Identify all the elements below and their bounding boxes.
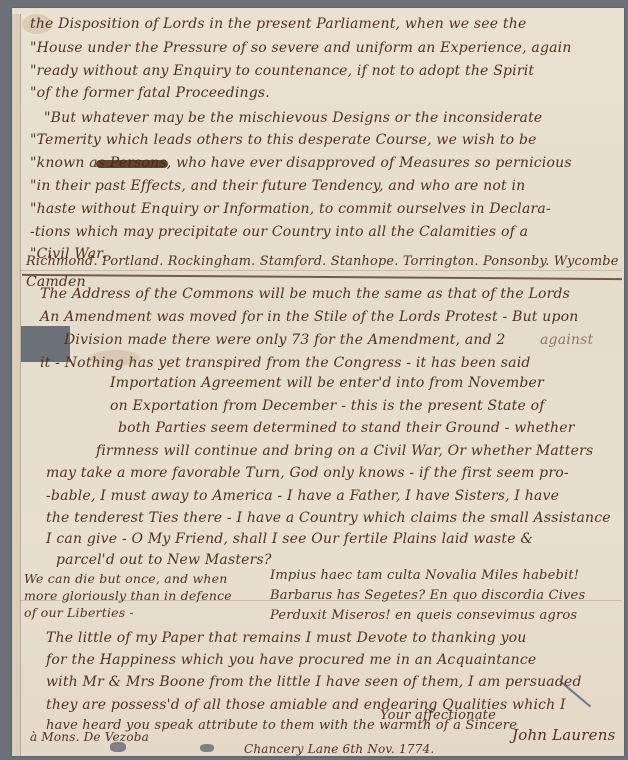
- letter-line: may take a more favorable Turn, God only…: [46, 465, 569, 481]
- letter-line: the tenderest Ties there - I have a Coun…: [46, 510, 611, 526]
- ink-blot: [200, 744, 214, 752]
- signatories-line: Richmond. Portland. Rockingham. Stamford…: [26, 254, 619, 269]
- dateline: Chancery Lane 6th Nov. 1774.: [244, 742, 434, 756]
- letter-line: -bable, I must away to America - I have …: [46, 488, 559, 504]
- letter-line: on Exportation from December - this is t…: [110, 398, 545, 414]
- letter-line: parcel'd out to New Masters?: [56, 552, 272, 568]
- latin-quote-line: Perduxit Miseros! en queis consevimus ag…: [270, 608, 577, 623]
- closing-salutation: Your affectionate: [380, 708, 496, 723]
- signature: John Laurens: [512, 726, 616, 744]
- faint-annotation: against: [540, 332, 593, 348]
- latin-quote-line: Impius haec tam culta Novalia Miles habe…: [270, 568, 579, 583]
- latin-quote-line: Barbarus has Segetes? En quo discordia C…: [270, 588, 585, 603]
- letter-line: The Address of the Commons will be much …: [40, 286, 570, 302]
- protest-line: "haste without Enquiry or Information, t…: [30, 201, 551, 217]
- protest-line: -tions which may precipitate our Country…: [30, 224, 528, 240]
- closing-line: with Mr & Mrs Boone from the little I ha…: [46, 674, 582, 690]
- fold-line: [20, 270, 622, 271]
- closing-line: The little of my Paper that remains I mu…: [46, 630, 527, 646]
- protest-line: "in their past Effects, and their future…: [30, 178, 525, 194]
- letter-line: both Parties seem determined to stand th…: [118, 420, 575, 436]
- margin-note-line: We can die but once, and when: [24, 571, 228, 586]
- letter-line: it - Nothing has yet transpired from the…: [40, 355, 531, 371]
- protest-line: the Disposition of Lords in the present …: [30, 16, 526, 32]
- closing-line: for the Happiness which you have procure…: [46, 652, 536, 668]
- postscript-line: à Mons. De Vezoba: [30, 730, 149, 744]
- margin-note-line: of our Liberties -: [24, 605, 134, 620]
- protest-line: "But whatever may be the mischievous Des…: [44, 110, 542, 126]
- protest-line: "of the former fatal Proceedings.: [30, 85, 270, 101]
- paper-left-strip: [12, 14, 21, 756]
- letter-line: firmness will continue and bring on a Ci…: [96, 443, 593, 459]
- burn-mark: [96, 160, 168, 168]
- protest-line: "House under the Pressure of so severe a…: [30, 40, 572, 56]
- ink-blot: [110, 742, 126, 752]
- protest-line: "ready without any Enquiry to countenanc…: [30, 63, 534, 79]
- letter-line: I can give - O My Friend, shall I see Ou…: [46, 531, 533, 547]
- letter-line: An Amendment was moved for in the Stile …: [40, 309, 579, 325]
- protest-line: "Temerity which leads others to this des…: [30, 132, 537, 148]
- letter-line: Division made there were only 73 for the…: [64, 332, 506, 348]
- margin-note-line: more gloriously than in defence: [24, 588, 232, 603]
- letter-line: Importation Agreement will be enter'd in…: [110, 375, 544, 391]
